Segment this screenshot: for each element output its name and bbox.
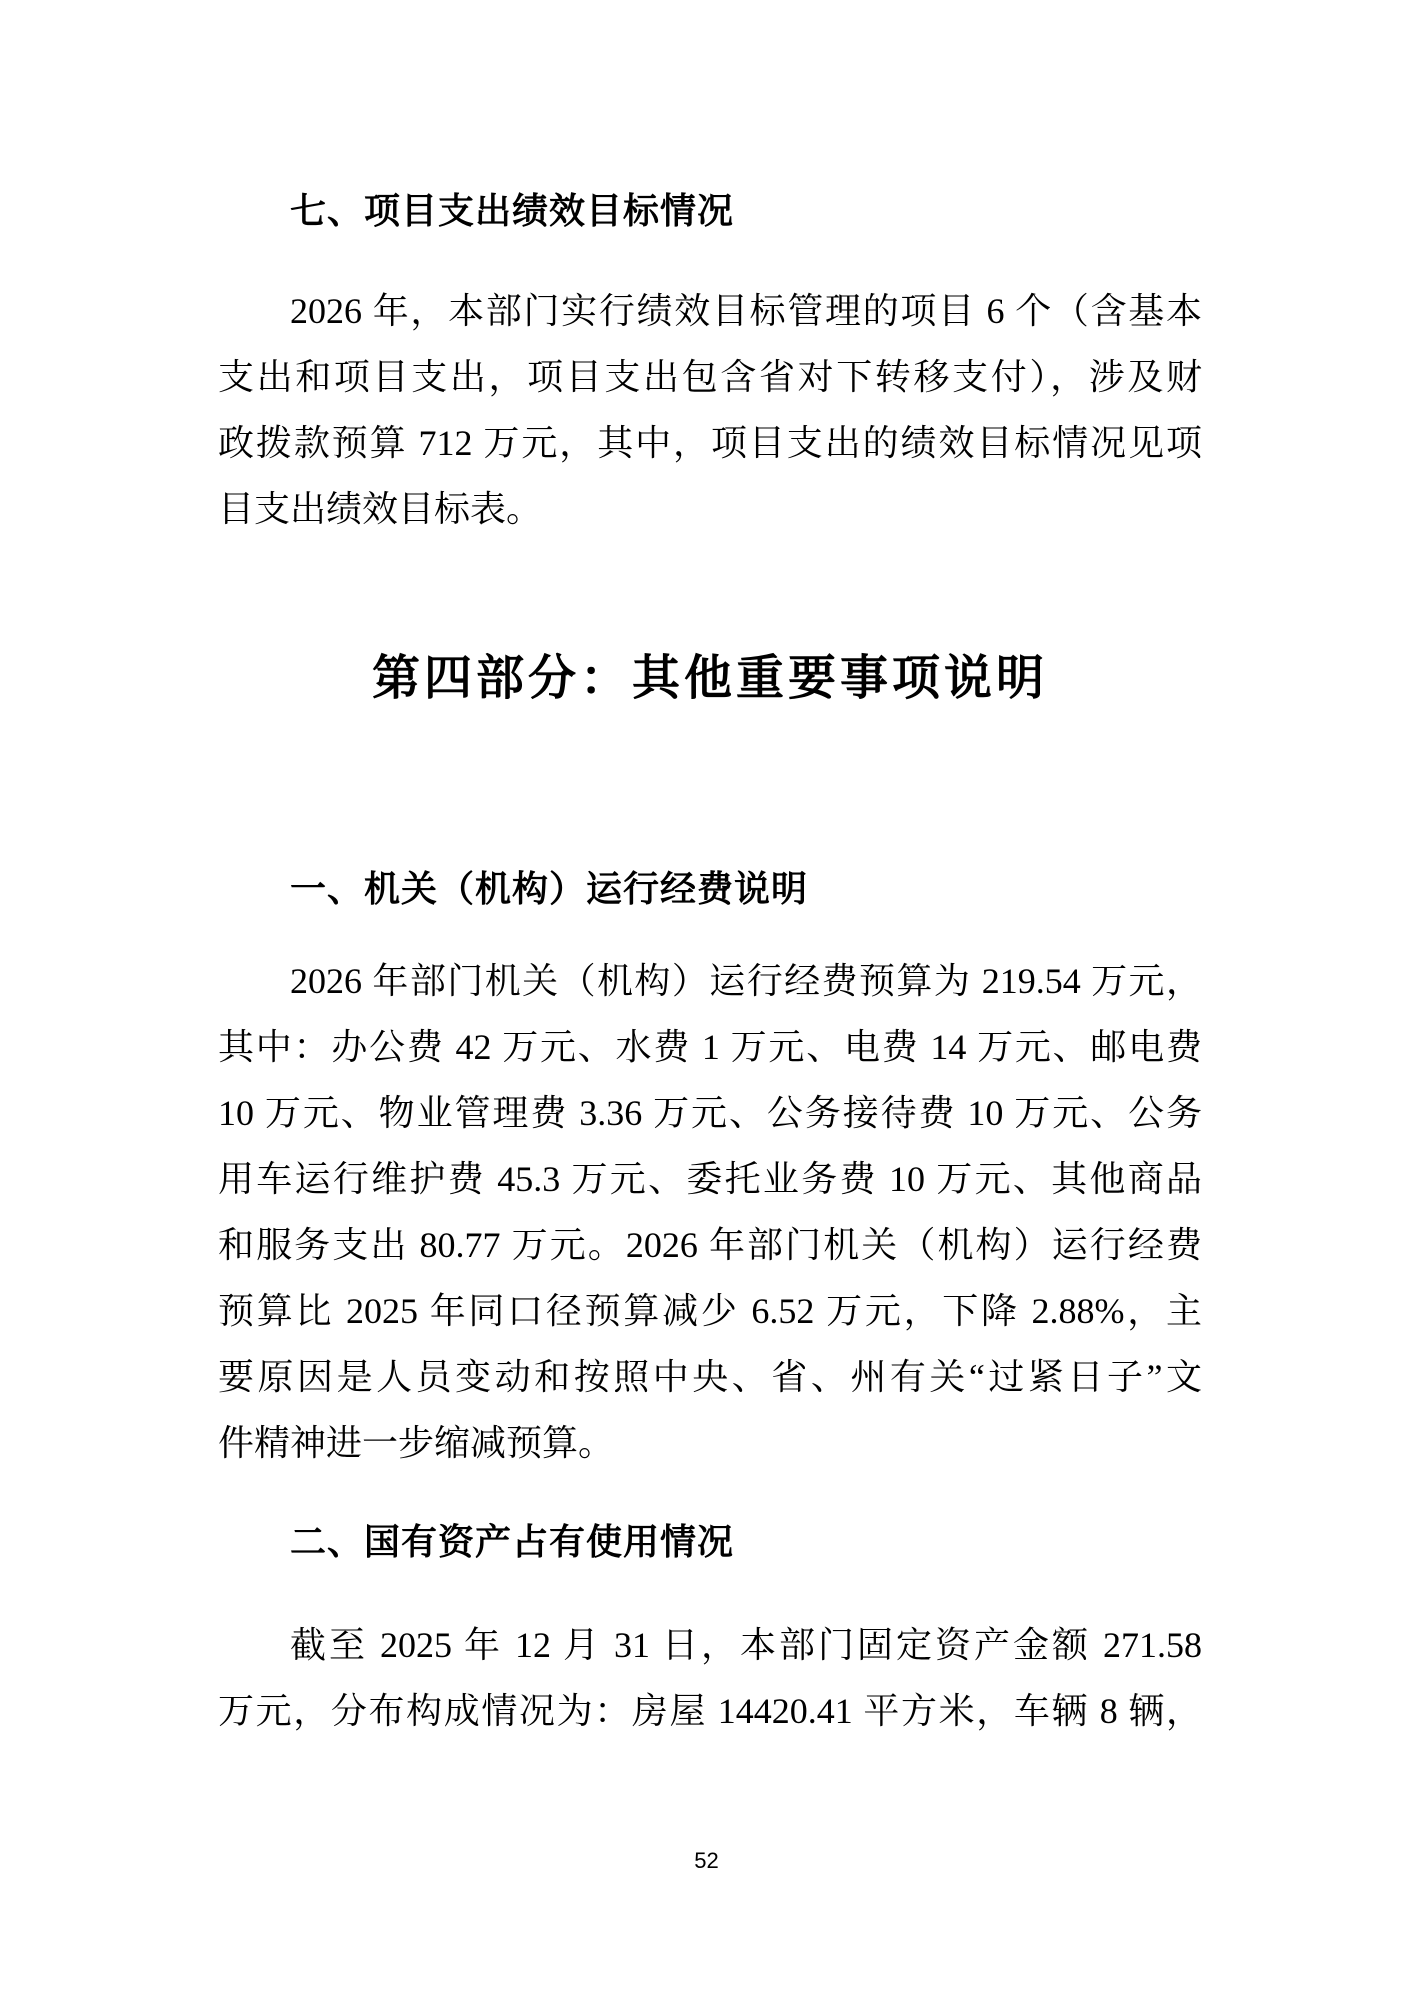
section-heading-2: 二、国有资产占有使用情况	[218, 1509, 1202, 1575]
part-title: 第四部分：其他重要事项说明	[218, 643, 1202, 715]
paragraph-line: 截至 2025 年 12 月 31 日，本部门固定资产金额 271.58	[218, 1612, 1202, 1678]
paragraph-line: 2026 年，本部门实行绩效目标管理的项目 6 个（含基本	[218, 278, 1202, 344]
paragraph-line: 10 万元、物业管理费 3.36 万元、公务接待费 10 万元、公务	[218, 1080, 1202, 1146]
document-page: 七、项目支出绩效目标情况 2026 年，本部门实行绩效目标管理的项目 6 个（含…	[0, 0, 1413, 2000]
paragraph-line: 其中：办公费 42 万元、水费 1 万元、电费 14 万元、邮电费	[218, 1014, 1202, 1080]
paragraph-line: 件精神进一步缩减预算。	[218, 1410, 1202, 1476]
paragraph-line: 和服务支出 80.77 万元。2026 年部门机关（机构）运行经费	[218, 1212, 1202, 1278]
page-number: 52	[0, 1848, 1413, 1874]
paragraph-line: 政拨款预算 712 万元，其中，项目支出的绩效目标情况见项	[218, 410, 1202, 476]
paragraph-section7: 2026 年，本部门实行绩效目标管理的项目 6 个（含基本 支出和项目支出，项目…	[218, 278, 1202, 542]
section-heading-1: 一、机关（机构）运行经费说明	[218, 856, 1202, 922]
paragraph-line: 用车运行维护费 45.3 万元、委托业务费 10 万元、其他商品	[218, 1146, 1202, 1212]
paragraph-line: 要原因是人员变动和按照中央、省、州有关“过紧日子”文	[218, 1344, 1202, 1410]
paragraph-line: 万元，分布构成情况为：房屋 14420.41 平方米，车辆 8 辆，	[218, 1678, 1202, 1744]
paragraph-line: 2026 年部门机关（机构）运行经费预算为 219.54 万元，	[218, 948, 1202, 1014]
paragraph-line: 预算比 2025 年同口径预算减少 6.52 万元，下降 2.88%，主	[218, 1278, 1202, 1344]
paragraph-line: 目支出绩效目标表。	[218, 476, 1202, 542]
paragraph-line: 支出和项目支出，项目支出包含省对下转移支付），涉及财	[218, 344, 1202, 410]
section-heading-7: 七、项目支出绩效目标情况	[218, 178, 1202, 244]
document-content: 七、项目支出绩效目标情况 2026 年，本部门实行绩效目标管理的项目 6 个（含…	[218, 0, 1202, 1744]
paragraph-section2: 截至 2025 年 12 月 31 日，本部门固定资产金额 271.58 万元，…	[218, 1612, 1202, 1744]
paragraph-section1: 2026 年部门机关（机构）运行经费预算为 219.54 万元， 其中：办公费 …	[218, 948, 1202, 1476]
